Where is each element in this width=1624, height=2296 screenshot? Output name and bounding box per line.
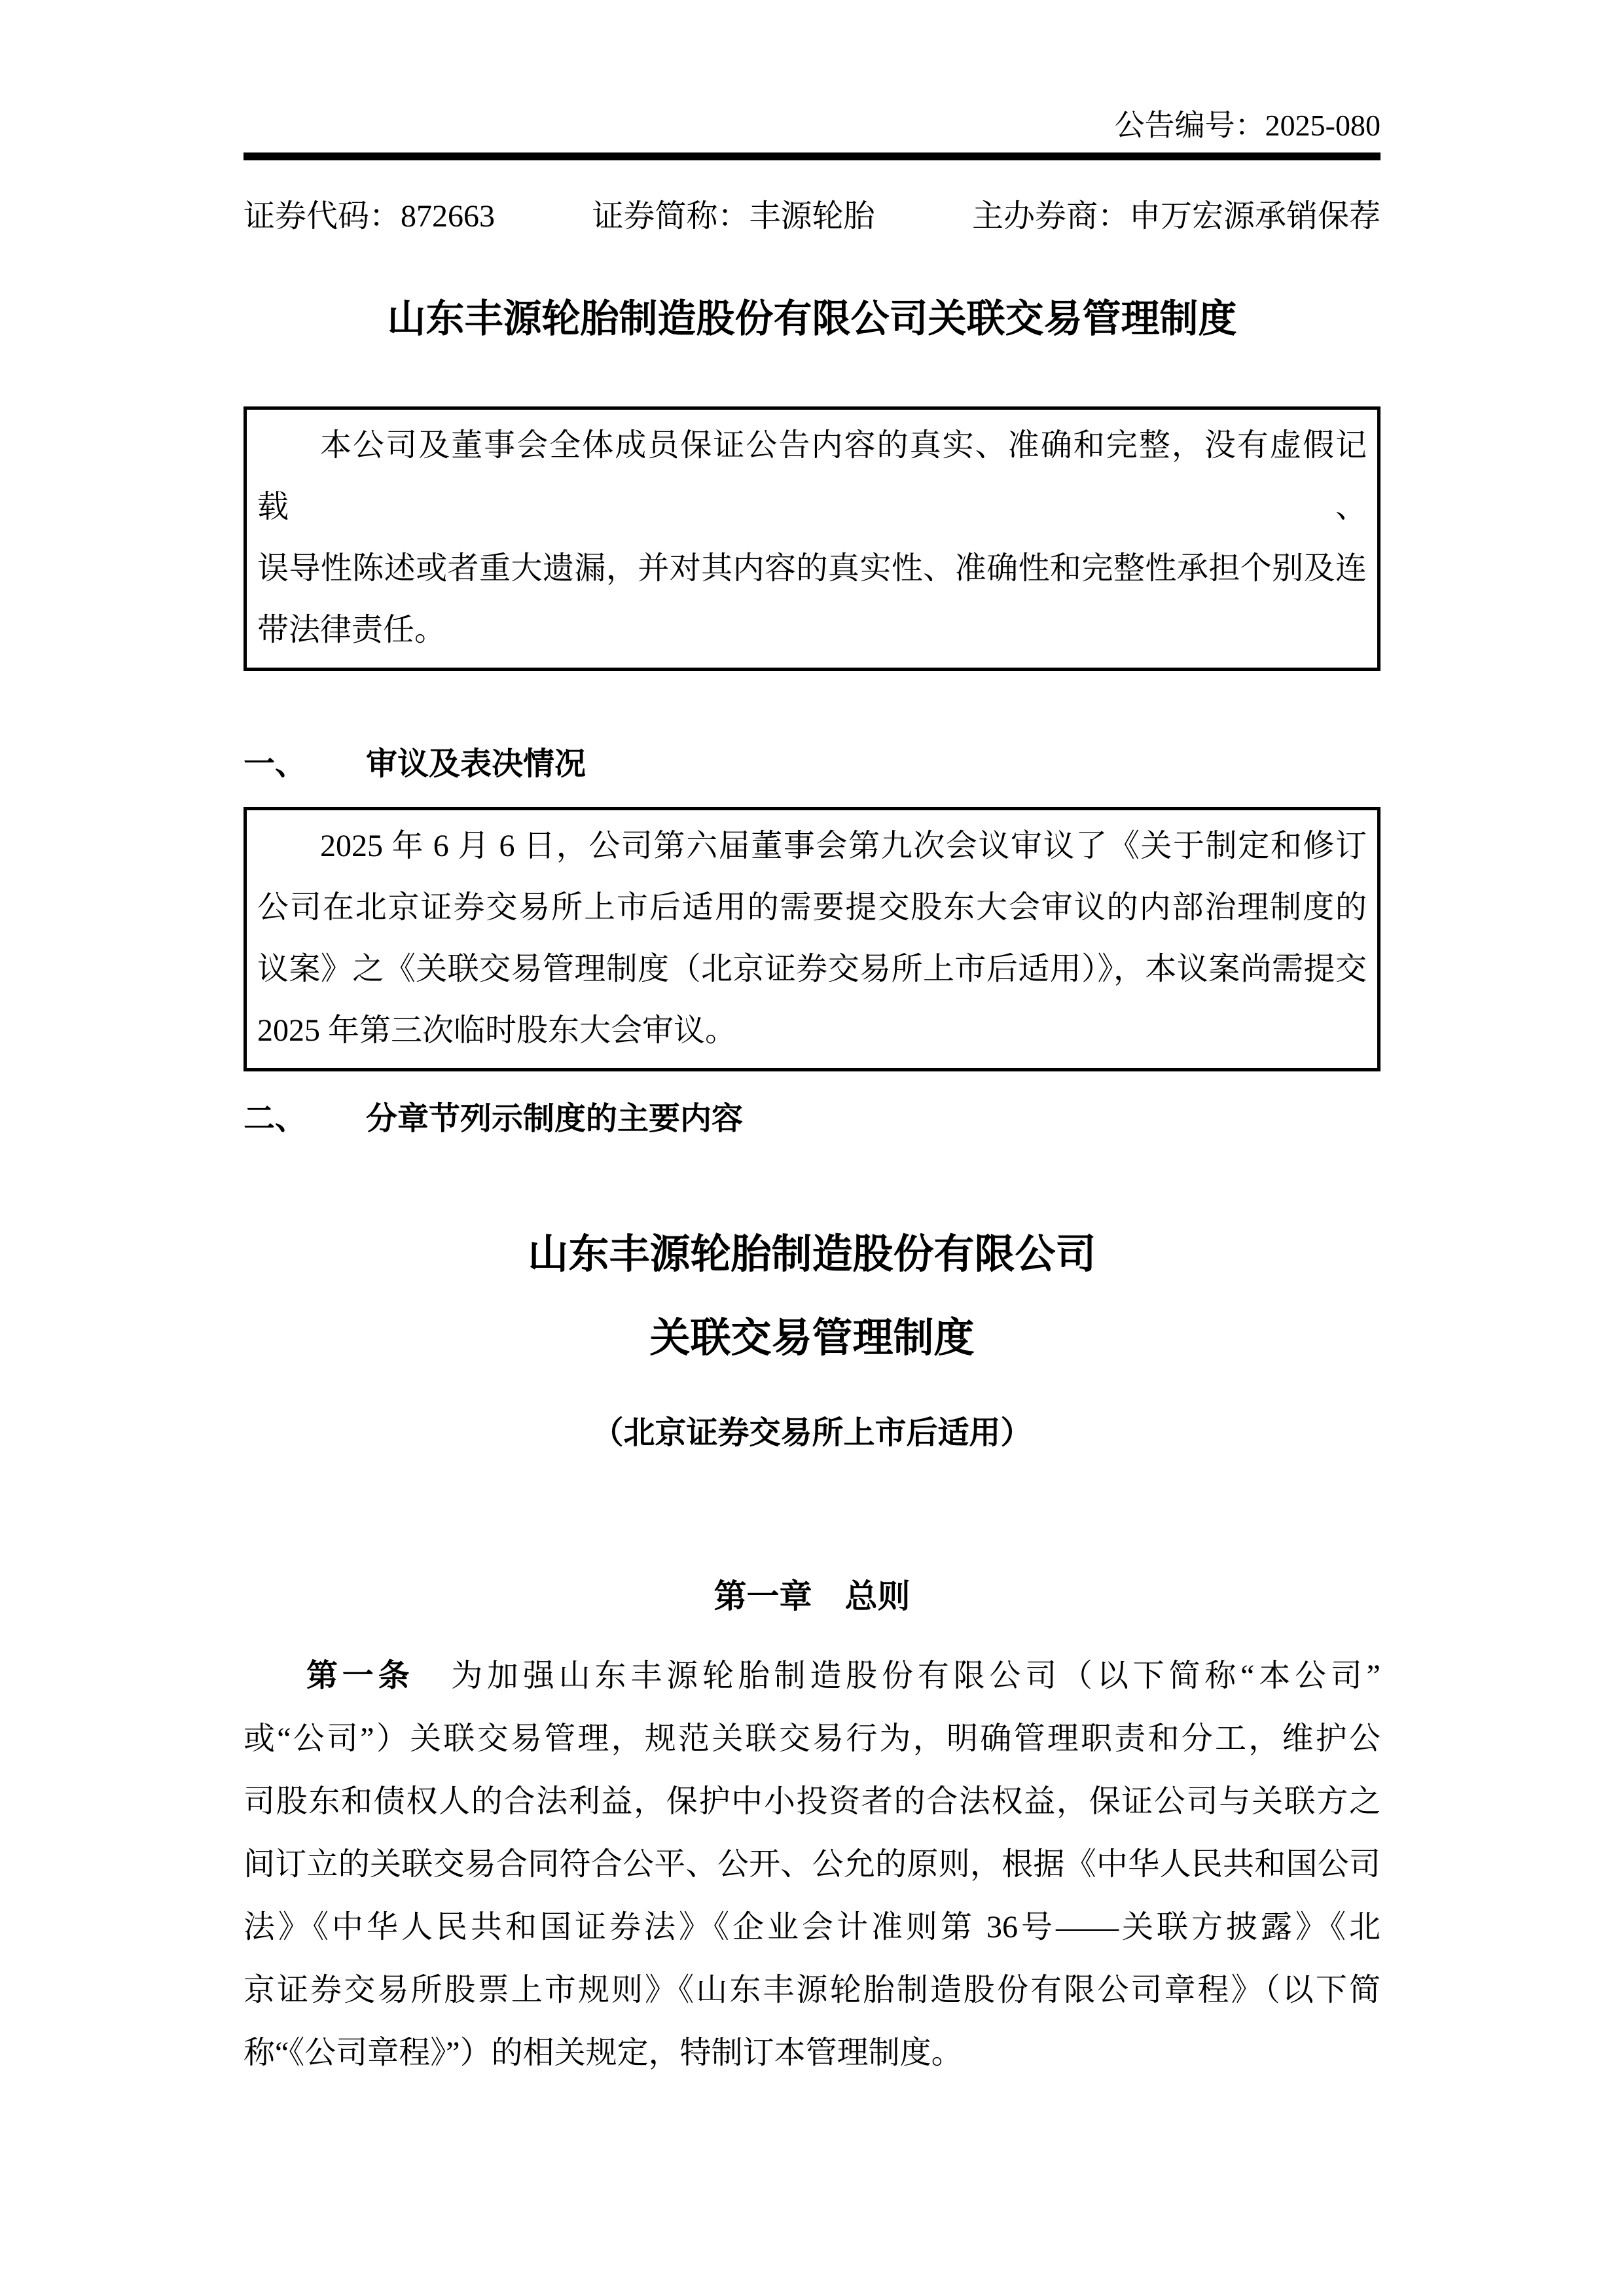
section-number: 二、 [244, 1100, 366, 1138]
article-text: 为加强山东丰源轮胎制造股份有限公司（以下简称“本公司” [446, 1659, 1380, 1693]
resolution-box: 2025 年 6 月 6 日，公司第六届董事会第九次会议审议了《关于制定和修订 … [244, 807, 1380, 1071]
section-title: 分章节列示制度的主要内容 [366, 1102, 743, 1136]
resolution-line: 议案》之《关联交易管理制度（北京证券交易所上市后适用）》，本议案尚需提交 [257, 939, 1367, 1000]
resolution-line: 2025 年 6 月 6 日，公司第六届董事会第九次会议审议了《关于制定和修订 [257, 816, 1367, 877]
article-line: 或“公司”）关联交易管理，规范关联交易行为，明确管理职责和分工，维护公 [244, 1708, 1380, 1770]
article-1-paragraph: 第一条为加强山东丰源轮胎制造股份有限公司（以下简称“本公司” 或“公司”）关联交… [244, 1645, 1380, 2085]
chapter-1-heading: 第一章 总则 [244, 1577, 1380, 1616]
document-page: 公告编号：2025-080 证券代码：872663 证券简称：丰源轮胎 主办券商… [0, 0, 1624, 2296]
inner-title-company: 山东丰源轮胎制造股份有限公司 [244, 1230, 1380, 1280]
article-line: 称“《公司章程》”）的相关规定，特制订本管理制度。 [244, 2022, 1380, 2085]
article-line: 间订立的关联交易合同符合公平、公开、公允的原则，根据《中华人民共和国公司 [244, 1833, 1380, 1896]
disclaimer-box: 本公司及董事会全体成员保证公告内容的真实、准确和完整，没有虚假记载、 误导性陈述… [244, 406, 1380, 671]
sponsor: 主办券商：申万宏源承销保荐 [972, 198, 1380, 235]
disclaimer-line: 带法律责任。 [257, 600, 1367, 661]
section-heading-review: 一、审议及表决情况 [244, 745, 1380, 783]
section-heading-contents: 二、分章节列示制度的主要内容 [244, 1100, 1380, 1138]
article-line: 法》《中华人民共和国证券法》《企业会计准则第 36号——关联方披露》《北 [244, 1896, 1380, 1959]
resolution-line: 公司在北京证券交易所上市后适用的需要提交股东大会审议的内部治理制度的 [257, 877, 1367, 939]
inner-title-doc: 关联交易管理制度 [244, 1314, 1380, 1363]
section-title: 审议及表决情况 [366, 747, 586, 781]
stock-short-name: 证券简称：丰源轮胎 [592, 198, 875, 235]
header-divider [244, 152, 1380, 160]
section-number: 一、 [244, 745, 366, 783]
article-line: 第一条为加强山东丰源轮胎制造股份有限公司（以下简称“本公司” [244, 1645, 1380, 1708]
resolution-line: 2025 年第三次临时股东大会审议。 [257, 1000, 1367, 1062]
article-line: 京证券交易所股票上市规则》《山东丰源轮胎制造股份有限公司章程》（以下简 [244, 1959, 1380, 2022]
stock-code: 证券代码：872663 [244, 198, 495, 235]
document-title: 山东丰源轮胎制造股份有限公司关联交易管理制度 [244, 295, 1380, 342]
applicability-note: （北京证券交易所上市后适用） [244, 1414, 1380, 1452]
article-line: 司股东和债权人的合法利益，保护中小投资者的合法权益，保证公司与关联方之 [244, 1770, 1380, 1833]
announcement-number: 公告编号：2025-080 [244, 108, 1380, 143]
disclaimer-line: 误导性陈述或者重大遗漏，并对其内容的真实性、准确性和完整性承担个别及连 [257, 538, 1367, 600]
stock-info-line: 证券代码：872663 证券简称：丰源轮胎 主办券商：申万宏源承销保荐 [244, 198, 1380, 235]
disclaimer-line: 本公司及董事会全体成员保证公告内容的真实、准确和完整，没有虚假记载、 [257, 415, 1367, 538]
article-number: 第一条 [306, 1659, 414, 1693]
